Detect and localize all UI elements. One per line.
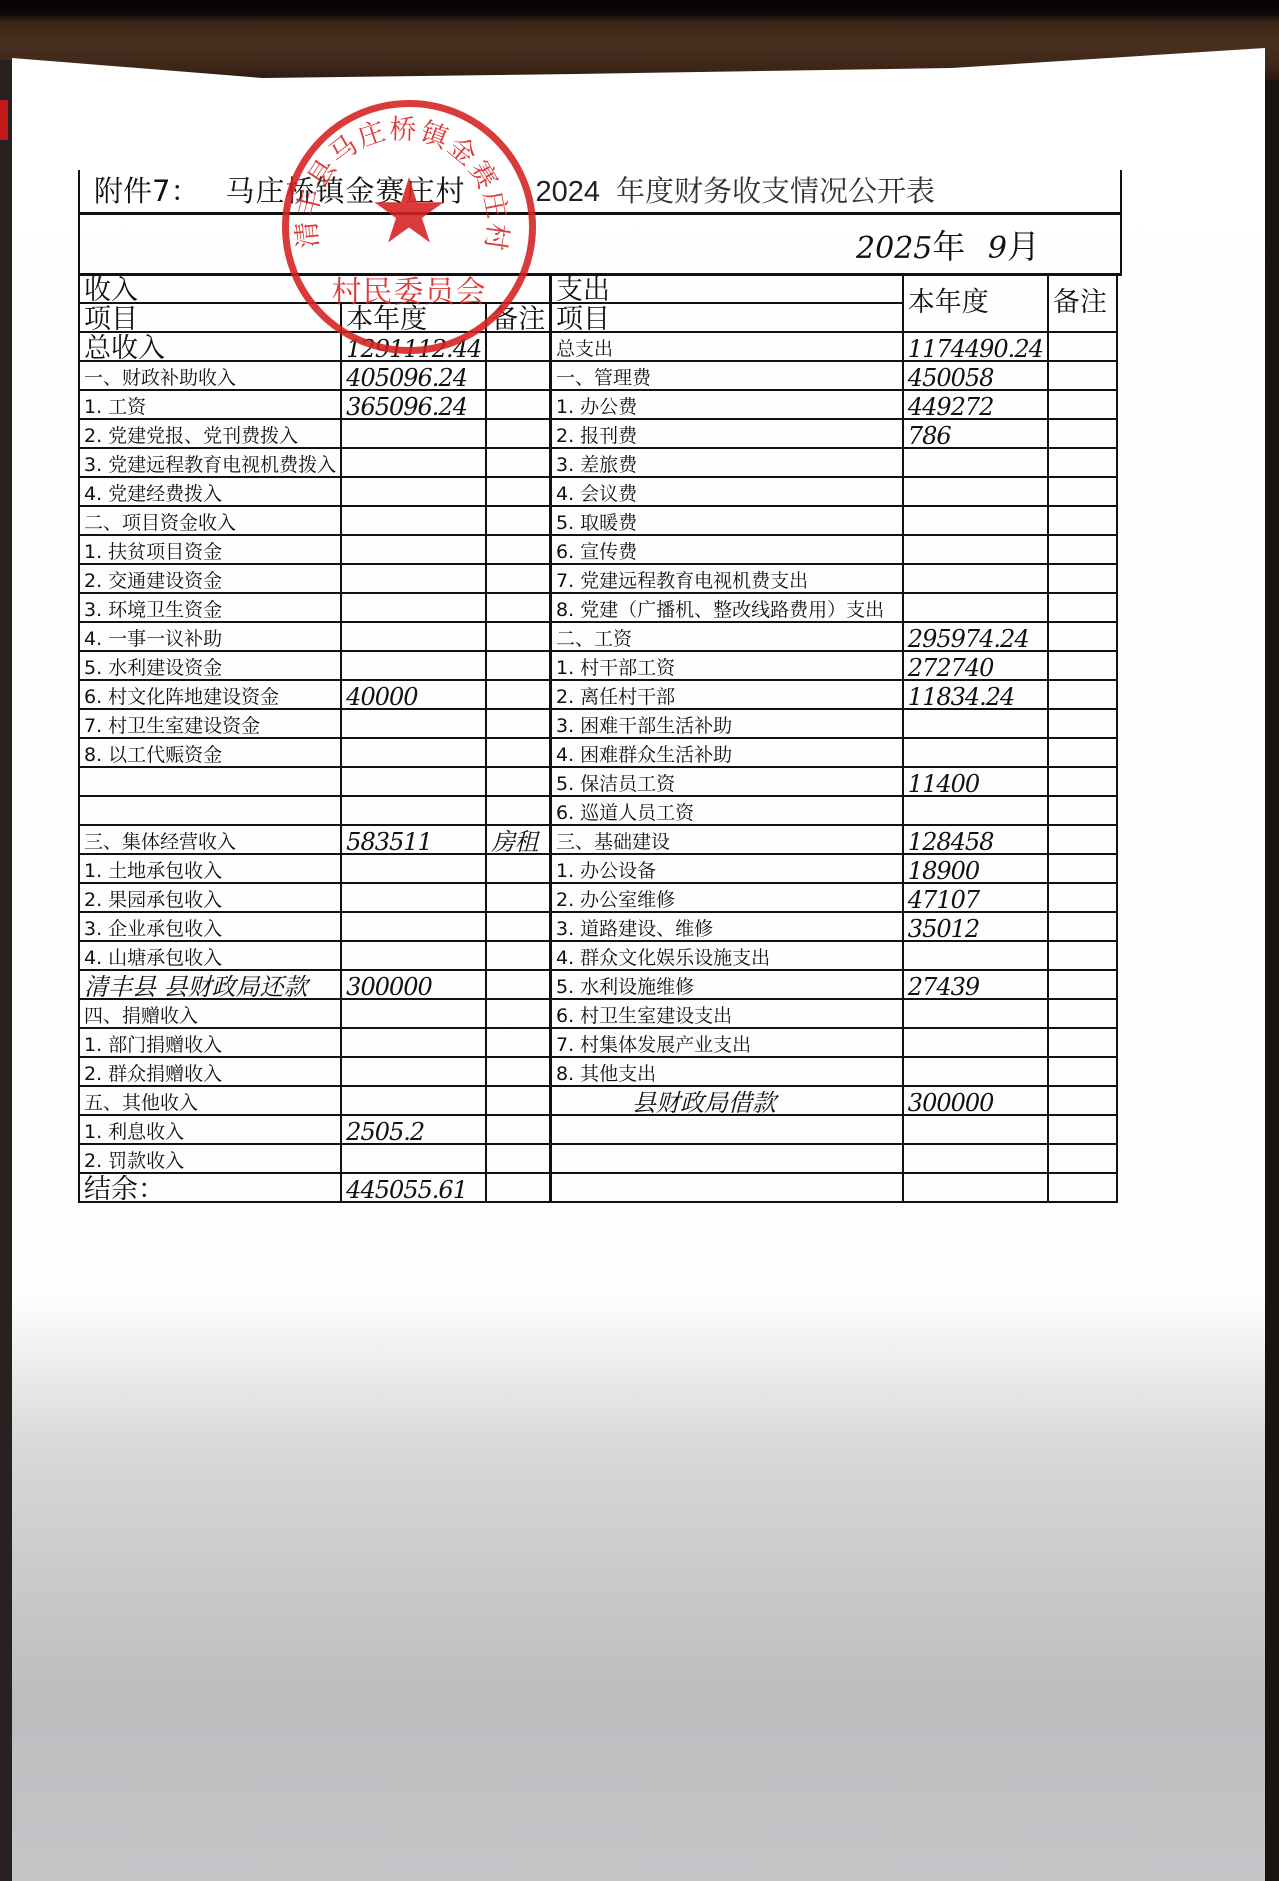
- income-table-row: 5. 水利建设资金: [79, 651, 550, 680]
- expense-item-cell: 3. 困难干部生活补助: [551, 709, 903, 738]
- income-value-cell: 405096.24: [341, 361, 486, 390]
- expense-value-cell: [903, 477, 1048, 506]
- income-note-cell: [486, 941, 550, 970]
- income-item-cell: 1. 利息收入: [79, 1115, 341, 1144]
- income-item-cell: 7. 村卫生室建设资金: [79, 709, 341, 738]
- income-table-row: 2. 群众捐赠收入: [79, 1057, 550, 1086]
- income-table-row: [79, 767, 550, 796]
- expense-table-row: [551, 1144, 1117, 1173]
- expense-table-row: 1. 办公设备18900: [551, 854, 1117, 883]
- income-item-cell: 1. 工资: [79, 390, 341, 419]
- income-value-cell: [341, 448, 486, 477]
- income-value-cell: [341, 767, 486, 796]
- income-table-row: 清丰县 县财政局还款300000: [79, 970, 550, 999]
- income-item-cell: 2. 党建党报、党刊费拨入: [79, 419, 341, 448]
- expense-note-cell: [1048, 738, 1117, 767]
- income-table-row: 3. 党建远程教育电视机费拨入: [79, 448, 550, 477]
- income-table-row: 结余：445055.61: [79, 1173, 550, 1202]
- income-table-row: 1. 土地承包收入: [79, 854, 550, 883]
- expense-note-cell: [1048, 448, 1117, 477]
- income-item-cell: [79, 767, 341, 796]
- expense-note-cell: [1048, 796, 1117, 825]
- expense-item-cell: 3. 差旅费: [551, 448, 903, 477]
- expense-note-cell: [1048, 1086, 1117, 1115]
- expense-value-cell: [903, 1057, 1048, 1086]
- income-value-cell: 1291112.44: [341, 332, 486, 361]
- income-note-cell: [486, 1057, 550, 1086]
- expense-note-cell: [1048, 419, 1117, 448]
- income-item-cell: 五、其他收入: [79, 1086, 341, 1115]
- expense-table-row: 4. 群众文化娱乐设施支出: [551, 941, 1117, 970]
- expense-table-row: 5. 取暖费: [551, 506, 1117, 535]
- income-table-row: 6. 村文化阵地建设资金40000: [79, 680, 550, 709]
- expense-value-cell: 272740: [903, 651, 1048, 680]
- expense-note-cell: [1048, 1144, 1117, 1173]
- expense-value-cell: [903, 796, 1048, 825]
- expense-table-row: 2. 办公室维修47107: [551, 883, 1117, 912]
- income-value-cell: [341, 709, 486, 738]
- expense-value-cell: [903, 593, 1048, 622]
- expense-value-cell: 27439: [903, 970, 1048, 999]
- income-note-cell: [486, 709, 550, 738]
- income-header-note: 备注: [486, 303, 550, 332]
- income-table-row: 3. 企业承包收入: [79, 912, 550, 941]
- income-note-cell: [486, 1144, 550, 1173]
- expense-table-row: 二、工资295974.24: [551, 622, 1117, 651]
- expense-item-cell: 6. 村卫生室建设支出: [551, 999, 903, 1028]
- income-value-cell: [341, 593, 486, 622]
- income-note-cell: [486, 1028, 550, 1057]
- income-value-cell: [341, 854, 486, 883]
- income-note-cell: [486, 535, 550, 564]
- expense-table-row: 5. 水利设施维修27439: [551, 970, 1117, 999]
- expense-table-row: 8. 其他支出: [551, 1057, 1117, 1086]
- income-note-cell: [486, 651, 550, 680]
- expense-value-cell: [903, 448, 1048, 477]
- income-note-cell: [486, 767, 550, 796]
- income-table-row: 一、财政补助收入405096.24: [79, 361, 550, 390]
- income-item-cell: 8. 以工代赈资金: [79, 738, 341, 767]
- income-table-row: 3. 环境卫生资金: [79, 593, 550, 622]
- title-prefix: 附件7：: [94, 170, 199, 212]
- income-note-cell: [486, 506, 550, 535]
- income-note-cell: [486, 970, 550, 999]
- expense-note-cell: [1048, 680, 1117, 709]
- income-table-row: 2. 果园承包收入: [79, 883, 550, 912]
- expense-item-cell: 4. 会议费: [551, 477, 903, 506]
- expense-note-cell: [1048, 912, 1117, 941]
- income-item-cell: 一、财政补助收入: [79, 361, 341, 390]
- expense-item-cell: 2. 报刊费: [551, 419, 903, 448]
- income-value-cell: 445055.61: [341, 1173, 486, 1202]
- expense-table-row: 县财政局借款300000: [551, 1086, 1117, 1115]
- date-year-unit: 年: [932, 227, 965, 266]
- expense-note-cell: [1048, 709, 1117, 738]
- expense-item-cell: 7. 党建远程教育电视机费支出: [551, 564, 903, 593]
- income-value-cell: [341, 1057, 486, 1086]
- income-value-cell: 300000: [341, 970, 486, 999]
- income-note-cell: [486, 796, 550, 825]
- expense-note-cell: [1048, 477, 1117, 506]
- income-value-cell: [341, 419, 486, 448]
- income-value-cell: [341, 941, 486, 970]
- expense-value-cell: 1174490.24: [903, 332, 1048, 361]
- income-value-cell: [341, 535, 486, 564]
- expense-item-cell: 5. 保洁员工资: [551, 767, 903, 796]
- income-note-cell: [486, 1115, 550, 1144]
- expense-value-cell: 11400: [903, 767, 1048, 796]
- income-section-label: 收入: [79, 274, 550, 303]
- report-date: 2025年 9月: [856, 221, 1040, 268]
- expense-table-row: 4. 会议费: [551, 477, 1117, 506]
- expense-note-cell: [1048, 390, 1117, 419]
- expense-value-cell: [903, 564, 1048, 593]
- expense-note-cell: [1048, 1115, 1117, 1144]
- income-item-cell: 6. 村文化阵地建设资金: [79, 680, 341, 709]
- income-item-cell: 1. 部门捐赠收入: [79, 1028, 341, 1057]
- expense-item-cell: 3. 道路建设、维修: [551, 912, 903, 941]
- income-note-cell: [486, 419, 550, 448]
- expense-item-cell: 5. 取暖费: [551, 506, 903, 535]
- expense-item-cell: 6. 巡道人员工资: [551, 796, 903, 825]
- income-table-row: [79, 796, 550, 825]
- expense-table-row: 7. 党建远程教育电视机费支出: [551, 564, 1117, 593]
- income-value-cell: [341, 506, 486, 535]
- expense-item-cell: 县财政局借款: [551, 1086, 903, 1115]
- expense-item-cell: 5. 水利设施维修: [551, 970, 903, 999]
- expense-table-row: 总支出1174490.24: [551, 332, 1117, 361]
- income-item-cell: 2. 群众捐赠收入: [79, 1057, 341, 1086]
- expense-value-cell: [903, 999, 1048, 1028]
- expense-item-cell: 6. 宣传费: [551, 535, 903, 564]
- expense-section-row: 支出 本年度 备注: [551, 274, 1117, 303]
- income-table-row: 2. 党建党报、党刊费拨入: [79, 419, 550, 448]
- expense-note-cell: [1048, 941, 1117, 970]
- income-item-cell: 3. 企业承包收入: [79, 912, 341, 941]
- income-section-row: 收入: [79, 274, 550, 303]
- income-note-cell: [486, 912, 550, 941]
- expense-table-row: 三、基础建设128458: [551, 825, 1117, 854]
- title-year: 2024: [535, 171, 600, 213]
- expense-table-row: [551, 1173, 1117, 1202]
- income-header-item: 项目: [79, 303, 341, 332]
- expense-value-cell: 786: [903, 419, 1048, 448]
- expense-table-row: 3. 道路建设、维修35012: [551, 912, 1117, 941]
- expense-item-cell: 4. 群众文化娱乐设施支出: [551, 941, 903, 970]
- expense-item-cell: 一、管理费: [551, 361, 903, 390]
- expense-value-cell: [903, 941, 1048, 970]
- date-year: 2025: [856, 231, 932, 266]
- expense-header-note: 备注: [1048, 274, 1117, 332]
- income-value-cell: [341, 1086, 486, 1115]
- income-table-row: 五、其他收入: [79, 1086, 550, 1115]
- income-note-cell: [486, 564, 550, 593]
- expense-note-cell: [1048, 593, 1117, 622]
- title-town: 马庄桥镇金赛庄村: [225, 170, 465, 212]
- income-table-row: 1. 部门捐赠收入: [79, 1028, 550, 1057]
- income-value-cell: [341, 1028, 486, 1057]
- income-item-cell: 清丰县 县财政局还款: [79, 970, 341, 999]
- income-note-cell: [486, 593, 550, 622]
- income-item-cell: 2. 果园承包收入: [79, 883, 341, 912]
- expense-item-cell: [551, 1144, 903, 1173]
- expense-section-label: 支出: [551, 274, 903, 303]
- expense-table-row: 2. 报刊费786: [551, 419, 1117, 448]
- expense-table: 支出 本年度 备注 项目 总支出1174490.24一、管理费4500581. …: [550, 273, 1118, 1203]
- expense-item-cell: 1. 办公费: [551, 390, 903, 419]
- income-note-cell: [486, 999, 550, 1028]
- income-header-row: 项目 本年度 备注: [79, 303, 550, 332]
- expense-table-row: 6. 宣传费: [551, 535, 1117, 564]
- income-value-cell: 2505.2: [341, 1115, 486, 1144]
- expense-note-cell: [1048, 506, 1117, 535]
- expense-note-cell: [1048, 970, 1117, 999]
- expense-item-cell: [551, 1173, 903, 1202]
- expense-value-cell: 295974.24: [903, 622, 1048, 651]
- expense-value-cell: 18900: [903, 854, 1048, 883]
- income-item-cell: [79, 796, 341, 825]
- income-item-cell: 四、捐赠收入: [79, 999, 341, 1028]
- expense-item-cell: 二、工资: [551, 622, 903, 651]
- income-item-cell: 4. 党建经费拨入: [79, 477, 341, 506]
- income-note-cell: [486, 680, 550, 709]
- income-value-cell: [341, 1144, 486, 1173]
- expense-item-cell: 2. 离任村干部: [551, 680, 903, 709]
- income-table: 收入 项目 本年度 备注 总收入1291112.44一、财政补助收入405096…: [78, 273, 551, 1203]
- income-item-cell: 1. 扶贫项目资金: [79, 535, 341, 564]
- income-table-row: 总收入1291112.44: [79, 332, 550, 361]
- expense-item-cell: 8. 其他支出: [551, 1057, 903, 1086]
- income-table-row: 4. 党建经费拨入: [79, 477, 550, 506]
- income-table-row: 4. 山塘承包收入: [79, 941, 550, 970]
- expense-table-row: 6. 村卫生室建设支出: [551, 999, 1117, 1028]
- expense-header-value: 本年度: [903, 274, 1048, 332]
- expense-note-cell: [1048, 622, 1117, 651]
- expense-table-row: 3. 差旅费: [551, 448, 1117, 477]
- income-value-cell: [341, 477, 486, 506]
- expense-value-cell: [903, 1028, 1048, 1057]
- date-month-unit: 月: [1007, 227, 1040, 266]
- income-table-row: 7. 村卫生室建设资金: [79, 709, 550, 738]
- expense-value-cell: [903, 1115, 1048, 1144]
- expense-table-row: 4. 困难群众生活补助: [551, 738, 1117, 767]
- date-month: 9: [988, 231, 1007, 266]
- document-title: 附件7：马庄桥镇金赛庄村2024年度财务收支情况公开表: [78, 170, 1122, 215]
- income-table-row: 2. 罚款收入: [79, 1144, 550, 1173]
- income-note-cell: [486, 1086, 550, 1115]
- expense-note-cell: [1048, 564, 1117, 593]
- income-item-cell: 2. 罚款收入: [79, 1144, 341, 1173]
- expense-table-row: 1. 办公费449272: [551, 390, 1117, 419]
- expense-value-cell: [903, 709, 1048, 738]
- income-item-cell: 总收入: [79, 332, 341, 361]
- income-note-cell: 房租: [486, 825, 550, 854]
- expense-note-cell: [1048, 883, 1117, 912]
- expense-value-cell: [903, 738, 1048, 767]
- expense-table-row: 一、管理费450058: [551, 361, 1117, 390]
- expense-item-cell: 8. 党建（广播机、整改线路费用）支出: [551, 593, 903, 622]
- income-item-cell: 1. 土地承包收入: [79, 854, 341, 883]
- income-value-cell: [341, 912, 486, 941]
- expense-item-cell: 1. 办公设备: [551, 854, 903, 883]
- expense-value-cell: [903, 506, 1048, 535]
- income-item-cell: 三、集体经营收入: [79, 825, 341, 854]
- expense-item-cell: 总支出: [551, 332, 903, 361]
- expense-item-cell: 2. 办公室维修: [551, 883, 903, 912]
- expense-value-cell: 450058: [903, 361, 1048, 390]
- income-item-cell: 二、项目资金收入: [79, 506, 341, 535]
- income-value-cell: [341, 738, 486, 767]
- income-header-value: 本年度: [341, 303, 486, 332]
- income-table-row: 四、捐赠收入: [79, 999, 550, 1028]
- income-item-cell: 2. 交通建设资金: [79, 564, 341, 593]
- expense-item-cell: 4. 困难群众生活补助: [551, 738, 903, 767]
- expense-note-cell: [1048, 332, 1117, 361]
- income-value-cell: [341, 883, 486, 912]
- income-note-cell: [486, 622, 550, 651]
- income-table-row: 4. 一事一议补助: [79, 622, 550, 651]
- income-value-cell: [341, 796, 486, 825]
- income-value-cell: 40000: [341, 680, 486, 709]
- income-value-cell: 365096.24: [341, 390, 486, 419]
- expense-value-cell: 35012: [903, 912, 1048, 941]
- expense-note-cell: [1048, 825, 1117, 854]
- income-table-row: 二、项目资金收入: [79, 506, 550, 535]
- expense-note-cell: [1048, 854, 1117, 883]
- expense-value-cell: [903, 1144, 1048, 1173]
- expense-table-row: 1. 村干部工资272740: [551, 651, 1117, 680]
- income-item-cell: 3. 环境卫生资金: [79, 593, 341, 622]
- income-note-cell: [486, 883, 550, 912]
- income-value-cell: [341, 651, 486, 680]
- expense-note-cell: [1048, 651, 1117, 680]
- income-note-cell: [486, 361, 550, 390]
- expense-table-row: 7. 村集体发展产业支出: [551, 1028, 1117, 1057]
- income-item-cell: 3. 党建远程教育电视机费拨入: [79, 448, 341, 477]
- expense-value-cell: [903, 1173, 1048, 1202]
- income-value-cell: 583511: [341, 825, 486, 854]
- expense-note-cell: [1048, 1028, 1117, 1057]
- income-note-cell: [486, 448, 550, 477]
- expense-value-cell: 11834.24: [903, 680, 1048, 709]
- expense-table-row: 2. 离任村干部11834.24: [551, 680, 1117, 709]
- expense-note-cell: [1048, 1173, 1117, 1202]
- expense-item-cell: [551, 1115, 903, 1144]
- income-note-cell: [486, 332, 550, 361]
- income-table-row: 8. 以工代赈资金: [79, 738, 550, 767]
- expense-table-row: 5. 保洁员工资11400: [551, 767, 1117, 796]
- date-row: 2025年 9月: [78, 215, 1122, 276]
- expense-header-item: 项目: [551, 303, 903, 332]
- income-note-cell: [486, 390, 550, 419]
- expense-value-cell: 300000: [903, 1086, 1048, 1115]
- income-table-row: 三、集体经营收入583511房租: [79, 825, 550, 854]
- income-item-cell: 5. 水利建设资金: [79, 651, 341, 680]
- expense-item-cell: 1. 村干部工资: [551, 651, 903, 680]
- expense-table-row: 6. 巡道人员工资: [551, 796, 1117, 825]
- expense-table-row: 3. 困难干部生活补助: [551, 709, 1117, 738]
- dark-left-edge: [0, 60, 12, 1881]
- expense-note-cell: [1048, 999, 1117, 1028]
- income-table-row: 2. 交通建设资金: [79, 564, 550, 593]
- income-note-cell: [486, 1173, 550, 1202]
- income-note-cell: [486, 477, 550, 506]
- income-value-cell: [341, 564, 486, 593]
- expense-note-cell: [1048, 361, 1117, 390]
- income-table-row: 1. 利息收入2505.2: [79, 1115, 550, 1144]
- expense-value-cell: 449272: [903, 390, 1048, 419]
- red-object-edge: [0, 100, 8, 140]
- income-item-cell: 4. 山塘承包收入: [79, 941, 341, 970]
- income-note-cell: [486, 738, 550, 767]
- expense-value-cell: 47107: [903, 883, 1048, 912]
- expense-item-cell: 7. 村集体发展产业支出: [551, 1028, 903, 1057]
- income-item-cell: 4. 一事一议补助: [79, 622, 341, 651]
- income-value-cell: [341, 622, 486, 651]
- expense-note-cell: [1048, 535, 1117, 564]
- expense-table-row: [551, 1115, 1117, 1144]
- income-note-cell: [486, 854, 550, 883]
- expense-note-cell: [1048, 1057, 1117, 1086]
- income-table-row: 1. 扶贫项目资金: [79, 535, 550, 564]
- expense-value-cell: [903, 535, 1048, 564]
- expense-item-cell: 三、基础建设: [551, 825, 903, 854]
- title-suffix: 年度财务收支情况公开表: [616, 170, 935, 212]
- income-item-cell: 结余：: [79, 1173, 341, 1202]
- income-value-cell: [341, 999, 486, 1028]
- income-table-row: 1. 工资365096.24: [79, 390, 550, 419]
- expense-note-cell: [1048, 767, 1117, 796]
- expense-table-row: 8. 党建（广播机、整改线路费用）支出: [551, 593, 1117, 622]
- expense-value-cell: 128458: [903, 825, 1048, 854]
